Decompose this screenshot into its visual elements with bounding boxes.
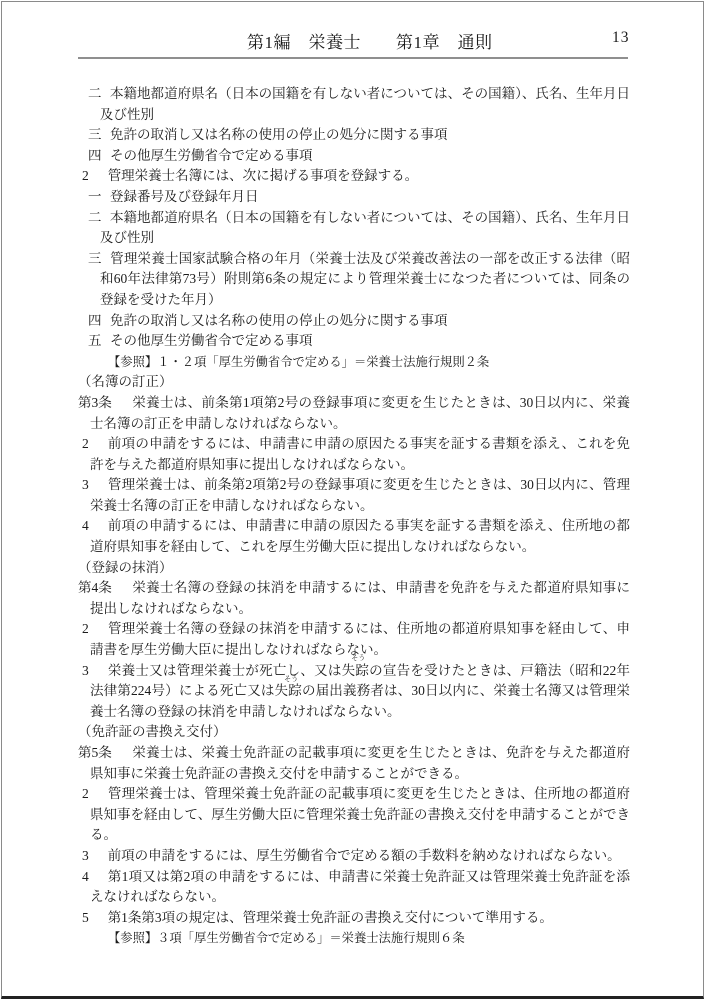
paragraph-text: 栄養士は、前条第1項第2号の登録事項に変更を生じたときは、30日以内に、栄養士名… bbox=[90, 395, 630, 431]
paragraph-number: 2 bbox=[82, 619, 108, 640]
paragraph-number: 3 bbox=[82, 475, 108, 496]
paragraph-text: 第1項又は第2項の申請をするには、申請書に栄養士免許証又は管理栄養士免許証を添え… bbox=[90, 869, 630, 905]
paragraph-text: 第1条第3項の規定は、管理栄養士免許証の書換え交付について準用する。 bbox=[108, 910, 553, 925]
item-text: 免許の取消し又は名称の使用の停止の処分に関する事項 bbox=[110, 127, 448, 142]
item-text: 本籍地都道府県名（日本の国籍を有しない者については、その国籍）、氏名、生年月日及… bbox=[100, 210, 630, 246]
paragraph-text: 管理栄養士は、管理栄養士免許証の記載事項に変更を生じたときは、住所地の都道府県知… bbox=[90, 786, 630, 842]
paragraph-text: 前項の申請するには、申請書に申請の原因たる事実を証する書類を添え、住所地の都道府… bbox=[90, 518, 630, 554]
article2-p2-item5: 五その他厚生労働省令で定める事項 bbox=[78, 331, 630, 352]
article5-paragraph4: 4第1項又は第2項の申請をするには、申請書に栄養士免許証又は管理栄養士免許証を添… bbox=[78, 867, 630, 908]
kanji-with-furigana: 踪そう bbox=[355, 663, 369, 678]
paragraph-text: 前項の申請をするには、厚生労働省令で定める額の手数料を納めなければならない。 bbox=[108, 848, 621, 863]
article3-section-title: （名簿の訂正） bbox=[78, 372, 630, 393]
article3-paragraph4: 4前項の申請するには、申請書に申請の原因たる事実を証する書類を添え、住所地の都道… bbox=[78, 516, 630, 557]
kanji-with-furigana: 踪そう bbox=[288, 683, 302, 698]
item-text: 本籍地都道府県名（日本の国籍を有しない者については、その国籍）、氏名、生年月日及… bbox=[100, 86, 630, 122]
article3-paragraph2: 2前項の申請をするには、申請書に申請の原因たる事実を証する書類を添え、これを免許… bbox=[78, 434, 630, 475]
article2-p2-item4: 四免許の取消し又は名称の使用の停止の処分に関する事項 bbox=[78, 311, 630, 332]
paragraph-number: 5 bbox=[82, 908, 108, 929]
header-rule bbox=[78, 57, 628, 59]
paragraph-number: 2 bbox=[82, 434, 108, 455]
article2-reference-note: 【参照】１・２項「厚生労働省令で定める」＝栄養士法施行規則２条 bbox=[78, 352, 630, 373]
item-text: その他厚生労働省令で定める事項 bbox=[110, 333, 313, 348]
item-number: 二 bbox=[88, 208, 110, 229]
paragraph-text-segment: 栄養士又は管理栄養士が死亡し、又は失 bbox=[108, 663, 356, 678]
article2-p2-item3: 三管理栄養士国家試験合格の年月（栄養士法及び栄養改善法の一部を改正する法律（昭和… bbox=[78, 249, 630, 311]
article5-paragraph3: 3前項の申請をするには、厚生労働省令で定める額の手数料を納めなければならない。 bbox=[78, 846, 630, 867]
article2-paragraph2: 2管理栄養士名簿には、次に掲げる事項を登録する。 bbox=[78, 166, 630, 187]
paragraph-number: 3 bbox=[82, 661, 108, 682]
law-text-body: 二本籍地都道府県名（日本の国籍を有しない者については、その国籍）、氏名、生年月日… bbox=[78, 84, 630, 949]
article3-paragraph1: 第3条栄養士は、前条第1項第2号の登録事項に変更を生じたときは、30日以内に、栄… bbox=[78, 393, 630, 434]
item-text: 登録番号及び登録年月日 bbox=[110, 189, 259, 204]
kanji-base: 踪 bbox=[355, 663, 369, 678]
book-page: 第1編 栄養士 第1章 通則 13 二本籍地都道府県名（日本の国籍を有しない者に… bbox=[0, 0, 705, 1000]
article5-paragraph1: 第5条栄養士は、栄養士免許証の記載事項に変更を生じたときは、免許を与えた都道府県… bbox=[78, 743, 630, 784]
article2-p1-item4: 四その他厚生労働省令で定める事項 bbox=[78, 146, 630, 167]
item-number: 四 bbox=[88, 311, 110, 332]
running-head-title: 第1編 栄養士 第1章 通則 bbox=[247, 28, 493, 53]
running-head: 第1編 栄養士 第1章 通則 13 bbox=[0, 26, 705, 56]
article-number: 第4条 bbox=[78, 578, 132, 599]
paragraph-text: 栄養士名簿の登録の抹消を申請するには、申請書を免許を与えた都道府県知事に提出しな… bbox=[90, 580, 630, 616]
item-number: 一 bbox=[88, 187, 110, 208]
kanji-base: 踪 bbox=[288, 683, 302, 698]
paragraph-text: 管理栄養士名簿には、次に掲げる事項を登録する。 bbox=[108, 168, 419, 183]
paragraph-text: 栄養士は、栄養士免許証の記載事項に変更を生じたときは、免許を与えた都道府県知事に… bbox=[90, 745, 630, 781]
furigana: そう bbox=[292, 676, 298, 683]
item-number: 三 bbox=[88, 125, 110, 146]
article5-reference-note: 【参照】３項「厚生労働省令で定める」＝栄養士法施行規則６条 bbox=[78, 928, 630, 949]
paragraph-text: 前項の申請をするには、申請書に申請の原因たる事実を証する書類を添え、これを免許を… bbox=[90, 436, 630, 472]
paragraph-number: 2 bbox=[82, 166, 108, 187]
paragraph-number: 2 bbox=[82, 784, 108, 805]
article-number: 第3条 bbox=[78, 393, 132, 414]
paragraph-number: 3 bbox=[82, 846, 108, 867]
item-text: その他厚生労働省令で定める事項 bbox=[110, 148, 313, 163]
article5-section-title: （免許証の書換え交付） bbox=[78, 722, 630, 743]
article5-paragraph2: 2管理栄養士は、管理栄養士免許証の記載事項に変更を生じたときは、住所地の都道府県… bbox=[78, 784, 630, 846]
paragraph-number: 4 bbox=[82, 867, 108, 888]
article4-section-title: （登録の抹消） bbox=[78, 558, 630, 579]
article2-p2-item2: 二本籍地都道府県名（日本の国籍を有しない者については、その国籍）、氏名、生年月日… bbox=[78, 208, 630, 249]
item-number: 四 bbox=[88, 146, 110, 167]
paragraph-text: 管理栄養士名簿の登録の抹消を申請するには、住所地の都道府県知事を経由して、申請書… bbox=[90, 621, 630, 657]
article-number: 第5条 bbox=[78, 743, 132, 764]
article5-paragraph5: 5第1条第3項の規定は、管理栄養士免許証の書換え交付について準用する。 bbox=[78, 908, 630, 929]
page-number: 13 bbox=[612, 29, 630, 47]
item-text: 管理栄養士国家試験合格の年月（栄養士法及び栄養改善法の一部を改正する法律（昭和6… bbox=[100, 251, 630, 307]
item-number: 五 bbox=[88, 331, 110, 352]
article2-p2-item1: 一登録番号及び登録年月日 bbox=[78, 187, 630, 208]
article2-p1-item2: 二本籍地都道府県名（日本の国籍を有しない者については、その国籍）、氏名、生年月日… bbox=[78, 84, 630, 125]
paragraph-number: 4 bbox=[82, 516, 108, 537]
item-number: 二 bbox=[88, 84, 110, 105]
item-number: 三 bbox=[88, 249, 110, 270]
article3-paragraph3: 3管理栄養士は、前条第2項第2号の登録事項に変更を生じたときは、30日以内に、管… bbox=[78, 475, 630, 516]
article2-p1-item3: 三免許の取消し又は名称の使用の停止の処分に関する事項 bbox=[78, 125, 630, 146]
article4-paragraph1: 第4条栄養士名簿の登録の抹消を申請するには、申請書を免許を与えた都道府県知事に提… bbox=[78, 578, 630, 619]
item-text: 免許の取消し又は名称の使用の停止の処分に関する事項 bbox=[110, 313, 448, 328]
furigana: そう bbox=[359, 655, 365, 662]
paragraph-text: 管理栄養士は、前条第2項第2号の登録事項に変更を生じたときは、30日以内に、管理… bbox=[90, 477, 630, 513]
article4-paragraph3: 3栄養士又は管理栄養士が死亡し、又は失踪そうの宣告を受けたときは、戸籍法（昭和2… bbox=[78, 661, 630, 723]
